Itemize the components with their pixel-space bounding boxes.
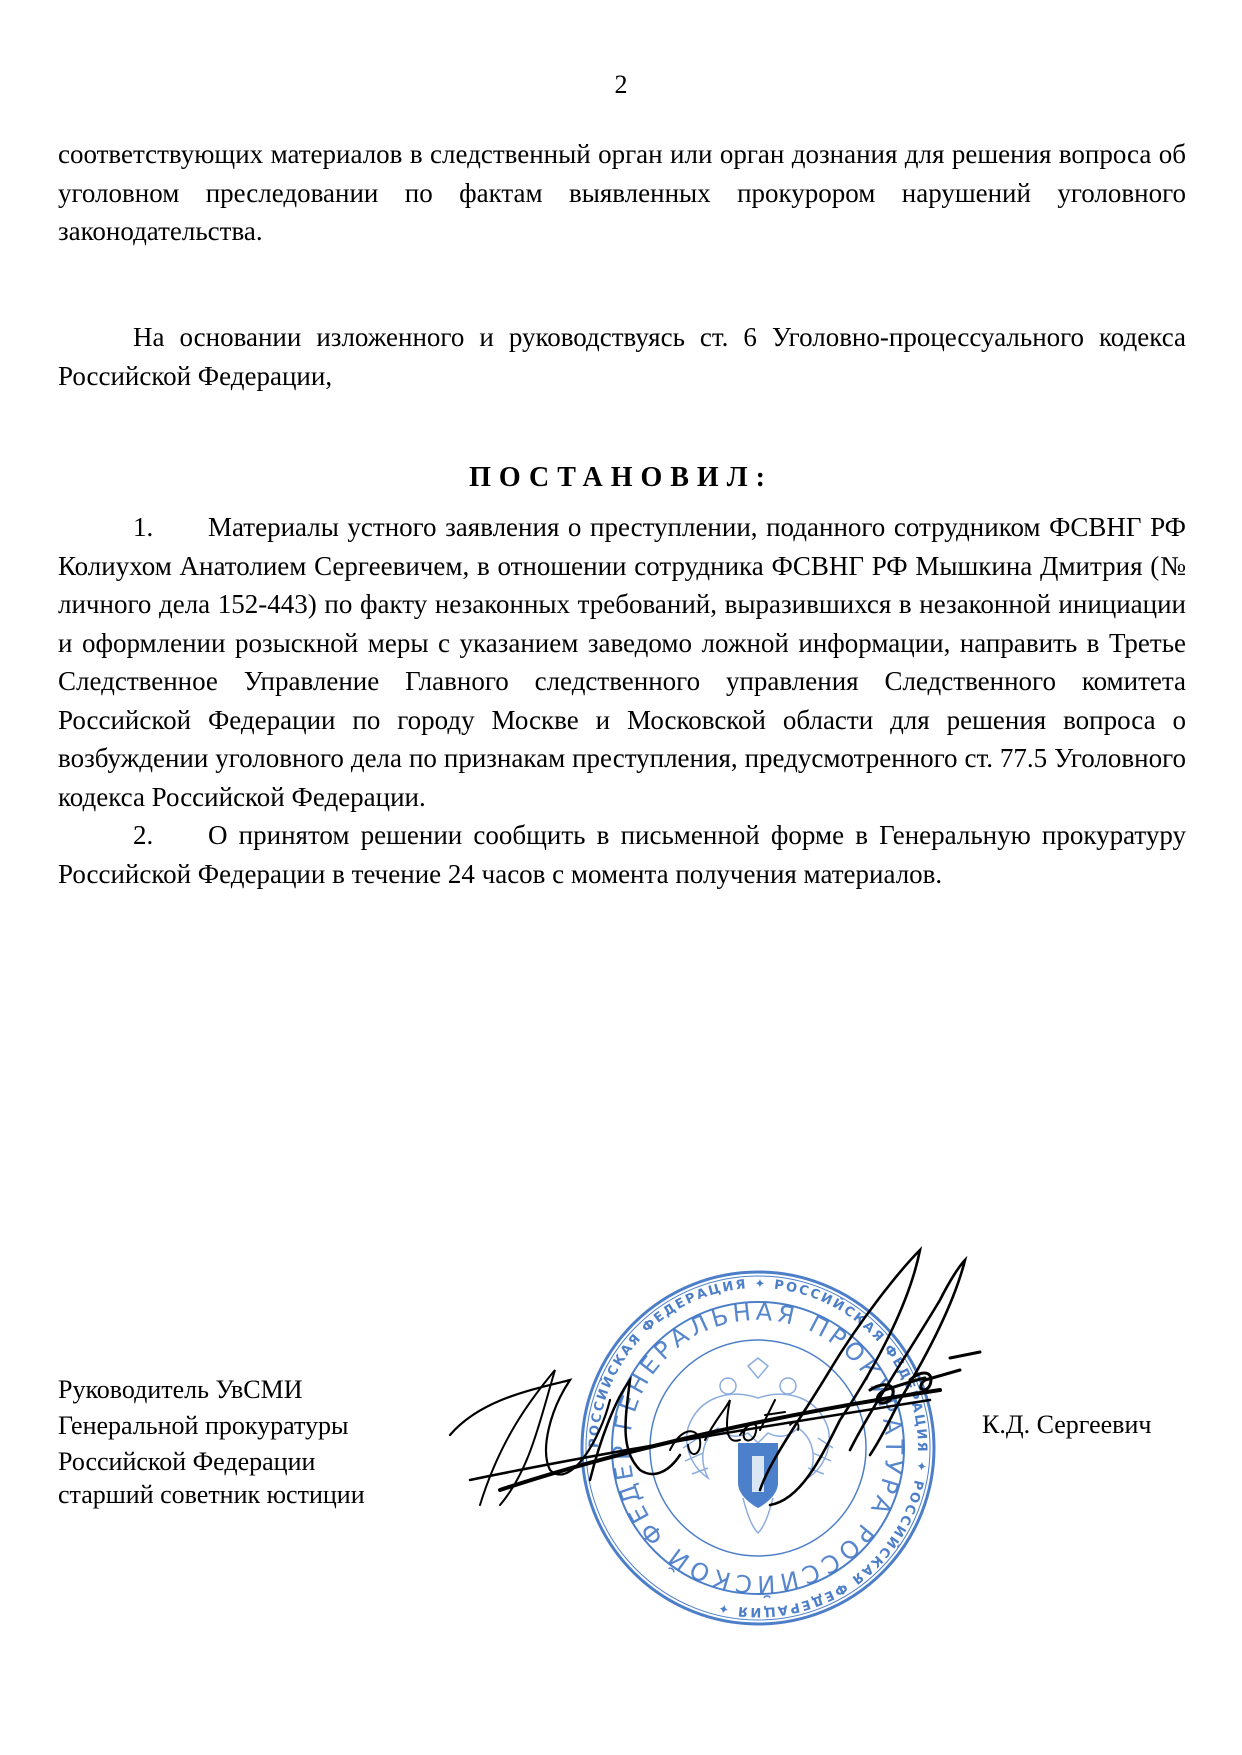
item-number: 2. [133, 816, 208, 855]
document-page: 2 соответствующих материалов в следствен… [0, 0, 1242, 1755]
handwritten-signature-icon [440, 1240, 1000, 1580]
resolution-item-2: 2.О принятом решении сообщить в письменн… [58, 816, 1186, 893]
position-line: Руководитель УвСМИ [58, 1372, 349, 1408]
position-line: Генеральной прокуратуры [58, 1408, 349, 1444]
paragraph-basis: На основании изложенного и руководствуяс… [58, 318, 1186, 395]
signatory-position: Руководитель УвСМИ Генеральной прокурату… [58, 1372, 349, 1480]
signatory-rank: старший советник юстиции [58, 1480, 365, 1510]
page-number: 2 [0, 70, 1242, 100]
resolution-items: 1.Материалы устного заявления о преступл… [58, 508, 1186, 893]
item-number: 1. [133, 508, 208, 547]
resolution-item-1: 1.Материалы устного заявления о преступл… [58, 508, 1186, 816]
resolution-heading: ПОСТАНОВИЛ: [0, 462, 1242, 494]
position-line: Российской Федерации [58, 1444, 349, 1480]
signatory-name: К.Д. Сергеевич [982, 1410, 1151, 1440]
paragraph-continuation: соответствующих материалов в следственны… [58, 135, 1186, 251]
item-text: О принятом решении сообщить в письменной… [58, 820, 1186, 889]
item-text: Материалы устного заявления о преступлен… [58, 512, 1186, 812]
